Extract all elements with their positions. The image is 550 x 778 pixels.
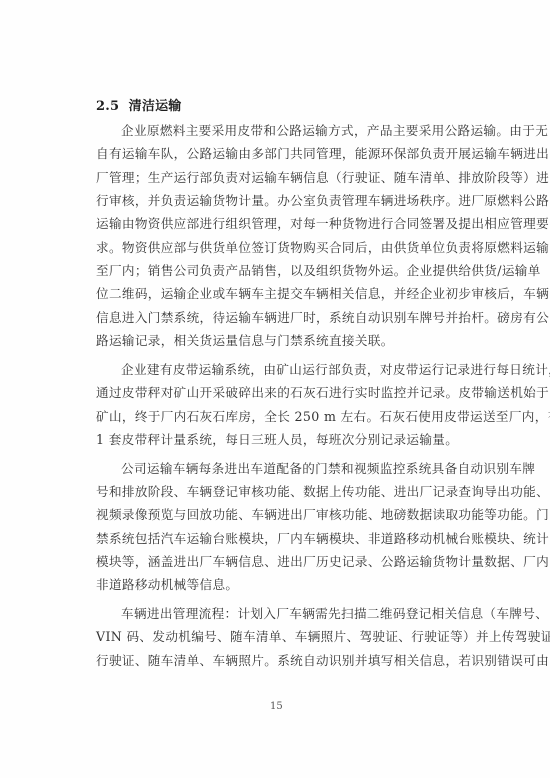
- text-line: 通过皮带秤对矿山开采破碎出来的石灰石进行实时监控并记录。皮带输送机始于: [96, 385, 456, 401]
- text-line: VIN 码、发动机编号、随车清单、车辆照片、驾驶证、行驶证等）并上传驾驶证、: [96, 629, 456, 645]
- text-line: 求。物资供应部与供货单位签订货物购买合同后，由供货单位负责将原燃料运输: [96, 240, 456, 256]
- section-heading: 2.5 清洁运输: [96, 95, 181, 114]
- text-line: 非道路移动机械等信息。: [96, 577, 456, 593]
- text-line: 矿山，终于厂内石灰石库房，全长 250 m 左右。石灰石使用皮带运送至厂内，有: [96, 409, 456, 425]
- text-line: 车辆进出管理流程：计划入厂车辆需先扫描二维码登记相关信息（车牌号、: [121, 606, 456, 622]
- text-line: 禁系统包括汽车运输台账模块，厂内车辆模块、非道路移动机械台账模块、统计: [96, 531, 456, 547]
- page-number: 15: [270, 701, 283, 712]
- text-line: 1 套皮带秤计量系统，每日三班人员，每班次分别记录运输量。: [96, 432, 456, 448]
- section-title: 清洁运输: [129, 99, 182, 114]
- text-line: 运输由物资供应部进行组织管理，对每一种货物进行合同签署及提出相应管理要: [96, 216, 456, 232]
- text-line: 号和排放阶段、车辆登记审核功能、数据上传功能、进出厂记录查询导出功能、: [96, 484, 456, 500]
- text-line: 企业原燃料主要采用皮带和公路运输方式，产品主要采用公路运输。由于无: [121, 123, 456, 139]
- text-line: 位二维码，运输企业或车辆车主提交车辆相关信息，并经企业初步审核后，车辆: [96, 286, 456, 302]
- text-line: 信息进入门禁系统，待运输车辆进厂时，系统自动识别车牌号并抬杆。磅房有公: [96, 310, 456, 326]
- text-line: 公司运输车辆每条进出车道配备的门禁和视频监控系统具备自动识别车牌: [121, 461, 456, 477]
- document-page: 2.5 清洁运输 企业原燃料主要采用皮带和公路运输方式，产品主要采用公路运输。由…: [0, 0, 550, 778]
- text-line: 视频录像预览与回放功能、车辆进出厂审核功能、地磅数据读取功能等功能。门: [96, 507, 456, 523]
- text-line: 路运输记录，相关货运量信息与门禁系统直接关联。: [96, 333, 456, 349]
- text-line: 至厂内；销售公司负责产品销售，以及组织货物外运。企业提供给供货/运输单: [96, 263, 456, 279]
- text-line: 企业建有皮带运输系统，由矿山运行部负责，对皮带运行记录进行每日统计，: [121, 362, 456, 378]
- text-line: 模块等，涵盖进出厂车辆信息、进出厂历史记录、公路运输货物计量数据、厂内: [96, 554, 456, 570]
- text-line: 厂管理；生产运行部负责对运输车辆信息（行驶证、随车清单、排放阶段等）进: [96, 170, 456, 186]
- text-line: 行驶证、随车清单、车辆照片。系统自动识别并填写相关信息，若识别错误可由: [96, 653, 456, 669]
- text-line: 自有运输车队，公路运输由多部门共同管理，能源环保部负责开展运输车辆进出: [96, 146, 456, 162]
- text-line: 行审核，并负责运输货物计量。办公室负责管理车辆进场秩序。进厂原燃料公路: [96, 193, 456, 209]
- section-number: 2.5: [96, 99, 119, 114]
